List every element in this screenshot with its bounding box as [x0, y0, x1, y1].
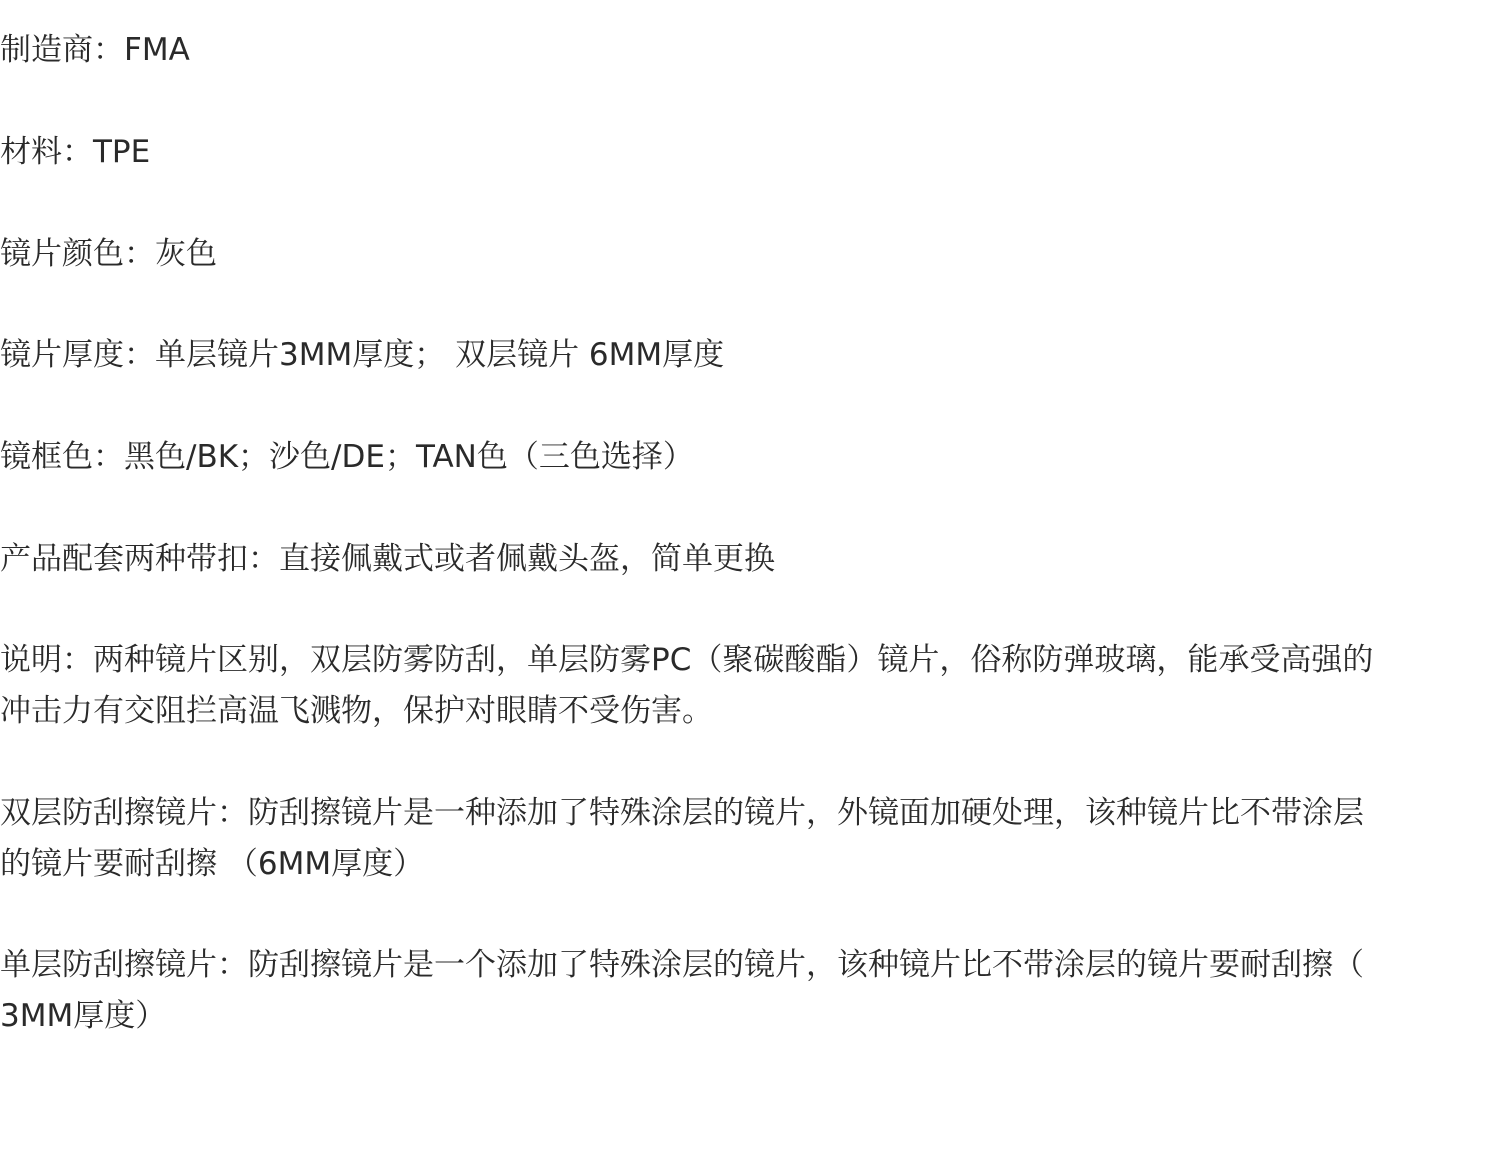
spec-lens-color: 镜片颜色：灰色	[0, 234, 217, 274]
spec-lens-thickness: 镜片厚度：单层镜片3MM厚度； 双层镜片 6MM厚度	[0, 335, 724, 375]
spec-strap: 产品配套两种带扣：直接佩戴式或者佩戴头盔，简单更换	[0, 539, 775, 579]
spec-manufacturer: 制造商：FMA	[0, 30, 190, 70]
spec-description-line-2: 冲击力有交阻拦高温飞溅物，保护对眼睛不受伤害。	[0, 691, 713, 731]
spec-single-layer-lens-line-1: 单层防刮擦镜片：防刮擦镜片是一个添加了特殊涂层的镜片，该种镜片比不带涂层的镜片要…	[0, 945, 1364, 985]
spec-description-line-1: 说明：两种镜片区别，双层防雾防刮，单层防雾PC（聚碳酸酯）镜片，俗称防弹玻璃，能…	[0, 640, 1373, 680]
spec-double-layer-lens-line-1: 双层防刮擦镜片：防刮擦镜片是一种添加了特殊涂层的镜片，外镜面加硬处理，该种镜片比…	[0, 793, 1364, 833]
spec-frame-color: 镜框色：黑色/BK；沙色/DE；TAN色（三色选择）	[0, 437, 694, 477]
spec-material: 材料：TPE	[0, 132, 150, 172]
spec-double-layer-lens-line-2: 的镜片要耐刮擦 （6MM厚度）	[0, 844, 424, 884]
spec-single-layer-lens-line-2: 3MM厚度）	[0, 996, 166, 1036]
